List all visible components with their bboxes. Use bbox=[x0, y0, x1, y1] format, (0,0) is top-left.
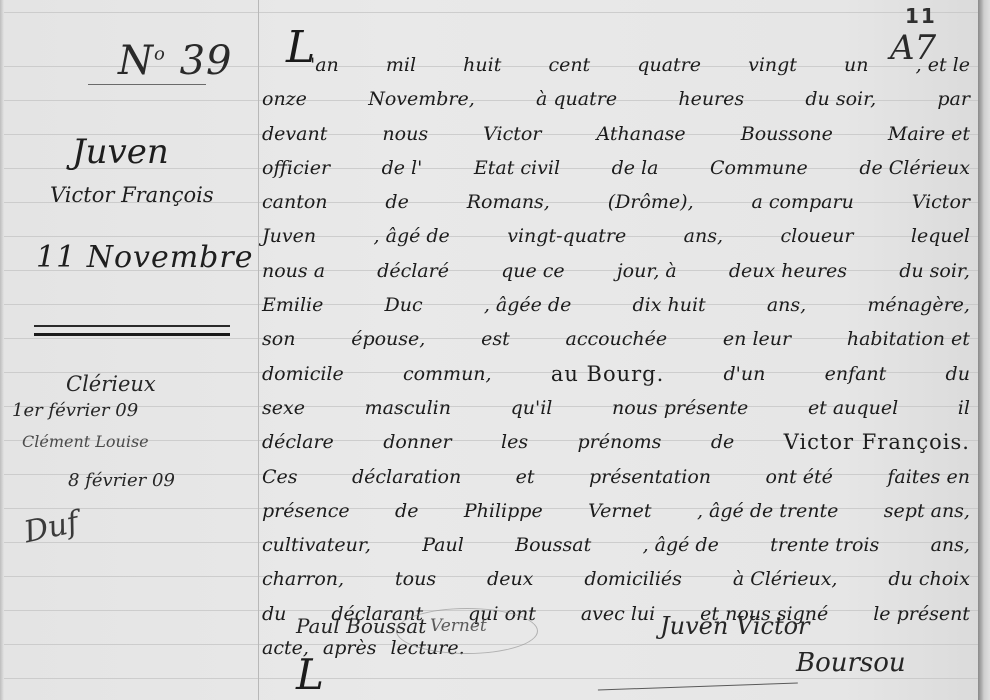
word: canton bbox=[262, 187, 328, 221]
word: trente trois bbox=[770, 530, 879, 564]
word: lequel bbox=[911, 221, 970, 255]
signature-underline-flourish bbox=[598, 683, 798, 699]
word: au Bourg. bbox=[551, 359, 664, 393]
word: ont été bbox=[765, 462, 832, 496]
word: déclaration bbox=[352, 462, 461, 496]
word: Athanase bbox=[597, 119, 686, 153]
page-binding-edge bbox=[978, 0, 990, 700]
word: accouchée bbox=[566, 324, 668, 358]
word: , âgé de bbox=[643, 530, 719, 564]
word: Paul bbox=[422, 530, 464, 564]
word: un bbox=[844, 50, 868, 84]
word: vingt-quatre bbox=[507, 221, 626, 255]
word: Philippe bbox=[464, 496, 543, 530]
word: du soir, bbox=[899, 256, 970, 290]
act-body-text: 'anmilhuitcentquatrevingtun, et leonzeNo… bbox=[262, 50, 974, 667]
word: et auquel bbox=[808, 393, 898, 427]
word: Novembre, bbox=[368, 84, 475, 118]
margin-surname: Juven bbox=[72, 132, 169, 172]
act-number-prefix: N bbox=[118, 38, 154, 84]
word: de Clérieux bbox=[859, 153, 970, 187]
text-line: onzeNovembre,à quatreheuresdu soir,par bbox=[262, 84, 974, 118]
word: cloueur bbox=[780, 221, 853, 255]
word: faites en bbox=[887, 462, 970, 496]
word: officier bbox=[262, 153, 330, 187]
word: prénoms bbox=[577, 427, 661, 461]
word: enfant bbox=[825, 359, 887, 393]
margin-date: 11 Novembre bbox=[36, 240, 253, 275]
signature-mayor: Boursou bbox=[796, 648, 906, 678]
text-line: EmilieDuc, âgée dedix huitans,ménagère, bbox=[262, 290, 974, 324]
text-line: sexemasculinqu'ilnous présenteet auqueli… bbox=[262, 393, 974, 427]
word: les bbox=[501, 427, 528, 461]
word: Commune bbox=[710, 153, 808, 187]
word: quatre bbox=[637, 50, 701, 84]
text-line: déclaredonnerlesprénomsdeVictor François… bbox=[262, 427, 974, 461]
word: Boussone bbox=[741, 119, 833, 153]
word: de bbox=[395, 496, 418, 530]
word: , âgé de bbox=[374, 221, 450, 255]
margin-column: No 39 Juven Victor François 11 Novembre … bbox=[0, 0, 258, 700]
word: , âgé de trente bbox=[697, 496, 838, 530]
word: du bbox=[262, 599, 286, 633]
text-line: Juven, âgé devingt-quatreans,cloueurlequ… bbox=[262, 221, 974, 255]
text-line: présencedePhilippeVernet, âgé de trentes… bbox=[262, 496, 974, 530]
word: commun, bbox=[403, 359, 492, 393]
folio-number: 11 bbox=[905, 4, 937, 28]
word: sexe bbox=[262, 393, 305, 427]
word: après bbox=[323, 633, 377, 667]
word: de bbox=[711, 427, 734, 461]
word: ans, bbox=[767, 290, 806, 324]
word: donner bbox=[383, 427, 451, 461]
word: charron, bbox=[262, 564, 344, 598]
word: déclare bbox=[262, 427, 334, 461]
text-line: cultivateur,PaulBoussat, âgé detrente tr… bbox=[262, 530, 974, 564]
word: Victor François. bbox=[784, 427, 970, 461]
word: d'un bbox=[724, 359, 766, 393]
word: présence bbox=[262, 496, 350, 530]
word: cent bbox=[548, 50, 590, 84]
word: Romans, bbox=[467, 187, 550, 221]
word: huit bbox=[463, 50, 501, 84]
annotation-place: Clérieux bbox=[66, 372, 156, 396]
word: à Clérieux, bbox=[733, 564, 838, 598]
word: Etat civil bbox=[474, 153, 560, 187]
word: a comparu bbox=[752, 187, 854, 221]
word: domicile bbox=[262, 359, 344, 393]
word: mil bbox=[386, 50, 416, 84]
word: devant bbox=[262, 119, 327, 153]
word: nous a bbox=[262, 256, 325, 290]
word: par bbox=[937, 84, 970, 118]
word: nous présente bbox=[612, 393, 748, 427]
register-page: 11 A7 No 39 Juven Victor François 11 Nov… bbox=[0, 0, 990, 700]
word: du bbox=[946, 359, 970, 393]
word: cultivateur, bbox=[262, 530, 371, 564]
word: Victor bbox=[483, 119, 541, 153]
text-line: officierde l'Etat civilde laCommunede Cl… bbox=[262, 153, 974, 187]
text-line: 'anmilhuitcentquatrevingtun, et le bbox=[262, 50, 974, 84]
word: deux heures bbox=[729, 256, 847, 290]
margin-divider bbox=[258, 0, 259, 700]
annotation-date-2: 8 février 09 bbox=[68, 470, 175, 491]
word: , âgée de bbox=[484, 290, 572, 324]
word: tous bbox=[395, 564, 436, 598]
word: déclaré bbox=[377, 256, 449, 290]
word: présentation bbox=[589, 462, 711, 496]
word: , et le bbox=[916, 50, 970, 84]
word: Vernet bbox=[588, 496, 651, 530]
act-number-underline bbox=[88, 84, 206, 85]
act-number-value: 39 bbox=[180, 38, 233, 84]
word: est bbox=[481, 324, 510, 358]
word: Emilie bbox=[262, 290, 323, 324]
word: dix huit bbox=[632, 290, 705, 324]
word: et bbox=[516, 462, 535, 496]
word: épouse, bbox=[351, 324, 425, 358]
margin-given-names: Victor François bbox=[50, 183, 214, 207]
word: Ces bbox=[262, 462, 298, 496]
text-line: cantondeRomans,(Drôme),a comparuVictor bbox=[262, 187, 974, 221]
word: Juven bbox=[262, 221, 316, 255]
text-line: nous adéclaréque cejour, àdeux heuresdu … bbox=[262, 256, 974, 290]
word: avec lui bbox=[581, 599, 655, 633]
word: ans, bbox=[931, 530, 970, 564]
word: Boussat bbox=[515, 530, 591, 564]
word: de la bbox=[612, 153, 659, 187]
word: 'an bbox=[310, 50, 339, 84]
signature-declarant: Juven Victor bbox=[660, 612, 810, 640]
word: nous bbox=[382, 119, 428, 153]
word: à quatre bbox=[536, 84, 617, 118]
word: Victor bbox=[912, 187, 970, 221]
word: il bbox=[958, 393, 970, 427]
act-number-sup: o bbox=[154, 44, 166, 65]
text-line: charron,tousdeuxdomiciliésà Clérieux,du … bbox=[262, 564, 974, 598]
signature-witness-2: Vernet bbox=[430, 616, 487, 636]
word: du soir, bbox=[805, 84, 876, 118]
text-line: Cesdéclarationetprésentationont étéfaite… bbox=[262, 462, 974, 496]
annotation-name: Clément Louise bbox=[22, 432, 149, 451]
act-number: No 39 bbox=[118, 38, 232, 84]
word: Maire et bbox=[888, 119, 970, 153]
word: de bbox=[385, 187, 408, 221]
word: domiciliés bbox=[584, 564, 682, 598]
next-act-initial: L bbox=[296, 650, 324, 699]
margin-double-rule bbox=[34, 325, 230, 336]
word: masculin bbox=[365, 393, 451, 427]
word: du choix bbox=[888, 564, 970, 598]
word: heures bbox=[678, 84, 744, 118]
word: habitation et bbox=[847, 324, 970, 358]
word: (Drôme), bbox=[608, 187, 694, 221]
word: Duc bbox=[385, 290, 423, 324]
word: son bbox=[262, 324, 295, 358]
text-line: sonépouse,estaccouchéeen leurhabitation … bbox=[262, 324, 974, 358]
word: qu'il bbox=[511, 393, 553, 427]
word: ans, bbox=[684, 221, 723, 255]
annotation-date-1: 1er février 09 bbox=[12, 400, 138, 421]
word: vingt bbox=[748, 50, 797, 84]
text-line: domicilecommun,au Bourg.d'unenfantdu bbox=[262, 359, 974, 393]
word: jour, à bbox=[617, 256, 677, 290]
word: de l' bbox=[382, 153, 423, 187]
word: en leur bbox=[723, 324, 791, 358]
annotation-paraph: Duf bbox=[21, 505, 82, 551]
word: deux bbox=[487, 564, 533, 598]
text-line: devantnousVictorAthanaseBoussoneMaire et bbox=[262, 119, 974, 153]
word: sept ans, bbox=[884, 496, 970, 530]
word: le présent bbox=[873, 599, 970, 633]
word: que ce bbox=[501, 256, 565, 290]
word: ménagère, bbox=[867, 290, 970, 324]
word: onze bbox=[262, 84, 307, 118]
